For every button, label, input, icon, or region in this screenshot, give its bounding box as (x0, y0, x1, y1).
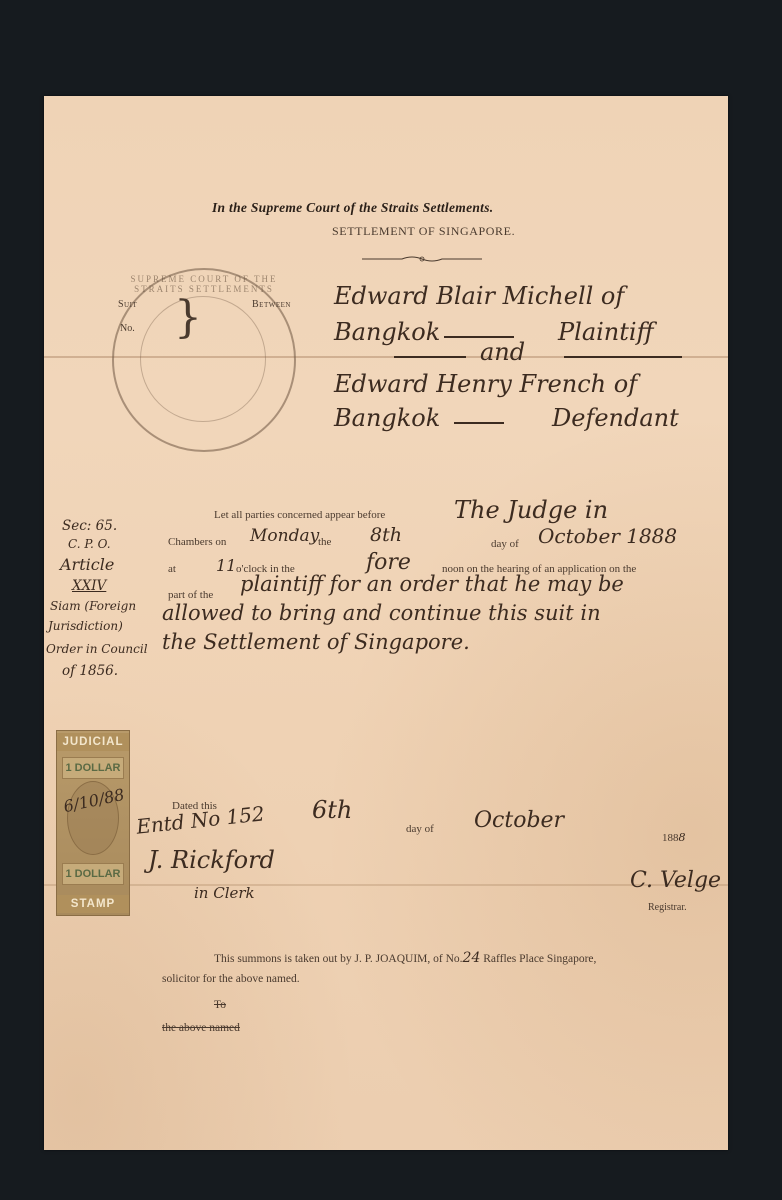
month-year-text: October 1888 (538, 524, 677, 548)
court-title: In the Supreme Court of the Straits Sett… (212, 200, 493, 216)
body-line-2: allowed to bring and continue this suit … (162, 601, 601, 625)
between-label: Between (252, 299, 291, 310)
stamp-value-top: 1 DOLLAR (62, 757, 124, 779)
suit-label: Suit (118, 299, 137, 310)
no-label: No. (120, 323, 135, 334)
solicitor-line-2: solicitor for the above named. (162, 973, 300, 985)
defendant-role: Defendant (552, 404, 679, 432)
margin-note-8: of 1856. (62, 661, 118, 682)
applicant-text: plaintiff for an order that he may be (240, 572, 624, 596)
judicial-stamp: JUDICIAL 1 DOLLAR 6/10/88 1 DOLLAR STAMP (56, 730, 130, 916)
margin-note-3: Article (60, 554, 114, 575)
stamp-bottom-label: STAMP (57, 895, 129, 913)
dated-year-hand: 8 (679, 831, 686, 844)
brace-icon: } (174, 296, 202, 340)
registrar-signature: C. Velge (630, 868, 721, 893)
margin-note-5: Siam (Foreign (50, 596, 136, 617)
plaintiff-role: Plaintiff (558, 318, 654, 346)
margin-note-2: C. P. O. (68, 534, 111, 555)
ornament-flourish-icon (362, 254, 482, 264)
day-text: 8th (370, 524, 402, 546)
hour-text: 11 (216, 556, 236, 575)
body-line-3: the Settlement of Singapore. (162, 630, 470, 654)
plaintiff-name: Edward Blair Michell of (334, 282, 624, 310)
plaintiff-location: Bangkok (334, 318, 440, 346)
summons-document: In the Supreme Court of the Straits Sett… (44, 96, 728, 1150)
solicitor-line-1: This summons is taken out by J. P. JOAQU… (214, 950, 596, 966)
dated-year-printed: 188 (662, 832, 679, 844)
clerk-signature: J. Rickford (148, 846, 275, 874)
solicitor-number: 24 (463, 950, 481, 966)
fold-crease (44, 884, 728, 886)
court-seal: SUPREME COURT OF THE STRAITS SETTLEMENTS (112, 268, 296, 452)
defendant-location: Bangkok (334, 404, 440, 432)
judge-text: The Judge in (454, 496, 608, 524)
weekday-text: Monday (250, 526, 319, 546)
at-label: at (168, 563, 176, 575)
the-label: the (318, 536, 331, 548)
dated-day: 6th (312, 796, 352, 824)
margin-note-6: Jurisdiction) (48, 616, 123, 637)
seal-text: SUPREME COURT OF THE STRAITS SETTLEMENTS (114, 274, 294, 294)
dated-dayof-label: day of (406, 823, 434, 835)
settlement-heading: SETTLEMENT OF SINGAPORE. (332, 224, 515, 239)
above-named-struck: the above named (162, 1022, 240, 1034)
to-struck: To (214, 999, 226, 1011)
entry-note: Entd No 152 (135, 801, 266, 838)
dated-month: October (474, 808, 564, 833)
stamp-value-bottom: 1 DOLLAR (62, 863, 124, 885)
partof-label: part of the (168, 589, 213, 601)
chambers-label: Chambers on (168, 536, 226, 548)
registrar-label: Registrar. (648, 902, 687, 913)
and-label: and (480, 338, 525, 366)
stamp-top-label: JUDICIAL (57, 733, 129, 751)
clerk-title: in Clerk (194, 884, 255, 902)
margin-note-4: XXIV (72, 576, 106, 597)
dayof-label: day of (491, 538, 519, 550)
defendant-name: Edward Henry French of (334, 370, 637, 398)
margin-note-7: Order in Council (46, 639, 148, 660)
summons-intro: Let all parties concerned appear before (214, 509, 385, 521)
